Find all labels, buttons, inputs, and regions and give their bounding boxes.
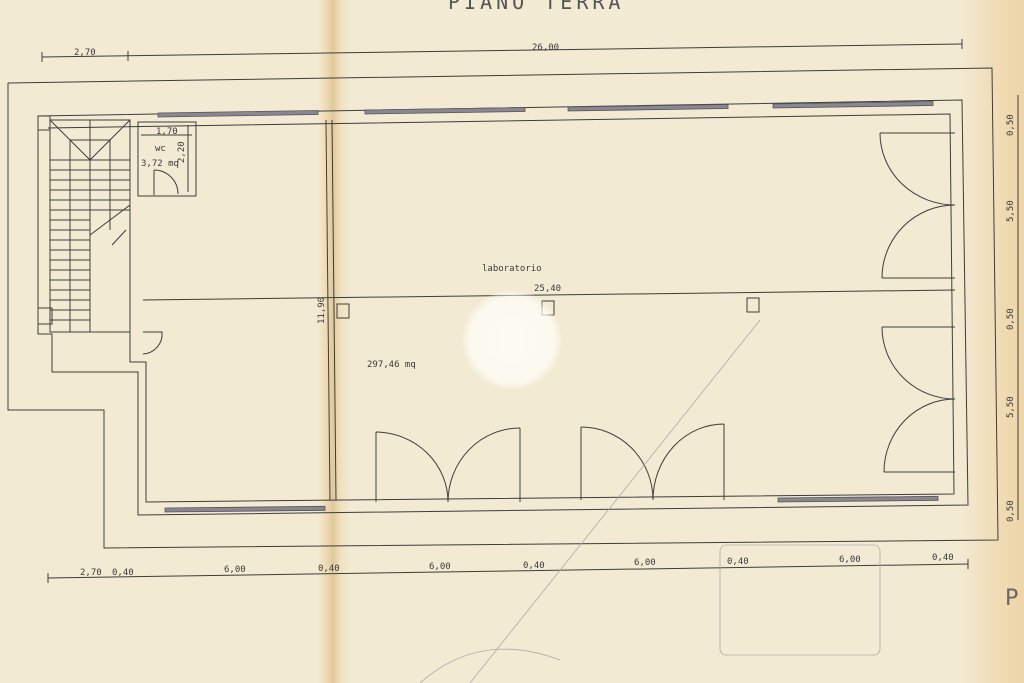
wc-width: 1,70 bbox=[156, 128, 178, 137]
wc-area: 3,72 mq bbox=[141, 160, 179, 169]
lab-height: 11,90 bbox=[318, 297, 327, 324]
dim-bottom-2: 6,00 bbox=[224, 566, 246, 575]
dim-bottom-6: 6,00 bbox=[634, 559, 656, 568]
dim-bottom-7: 0,40 bbox=[727, 558, 749, 567]
bottom-dimension-line bbox=[48, 564, 968, 578]
dim-bottom-5: 0,40 bbox=[523, 562, 545, 571]
bottom-double-doors bbox=[376, 424, 724, 502]
right-double-doors bbox=[880, 133, 955, 472]
dim-bottom-4: 6,00 bbox=[429, 563, 451, 572]
dim-right-1: 5,50 bbox=[1007, 200, 1016, 222]
dim-bottom-3: 0,40 bbox=[318, 565, 340, 574]
lab-area: 297,46 mq bbox=[367, 361, 416, 370]
dim-right-3: 5,50 bbox=[1007, 396, 1016, 418]
wc-depth: 2,20 bbox=[178, 141, 187, 163]
dim-top-left: 2,70 bbox=[74, 49, 96, 58]
top-dimension-line bbox=[42, 44, 962, 57]
dim-bottom-8: 6,00 bbox=[839, 556, 861, 565]
light-glare bbox=[462, 290, 562, 390]
dim-right-0: 0,50 bbox=[1007, 114, 1016, 136]
dim-bottom-1: 0,40 bbox=[112, 569, 134, 578]
pillar bbox=[747, 298, 759, 312]
dim-bottom-0: 2,70 bbox=[80, 569, 102, 578]
wc-label: wc bbox=[155, 145, 166, 154]
pillar bbox=[337, 304, 349, 318]
lab-label: laboratorio bbox=[482, 265, 542, 274]
dim-right-2: 0,50 bbox=[1007, 308, 1016, 330]
dim-top-total: 26,00 bbox=[532, 44, 559, 53]
lab-length: 25,40 bbox=[534, 285, 561, 294]
dim-right-4: 0,50 bbox=[1007, 500, 1016, 522]
corner-mark: P bbox=[1005, 586, 1018, 611]
dim-bottom-9: 0,40 bbox=[932, 554, 954, 563]
wc-door-swing bbox=[154, 170, 178, 194]
side-door bbox=[143, 332, 162, 354]
